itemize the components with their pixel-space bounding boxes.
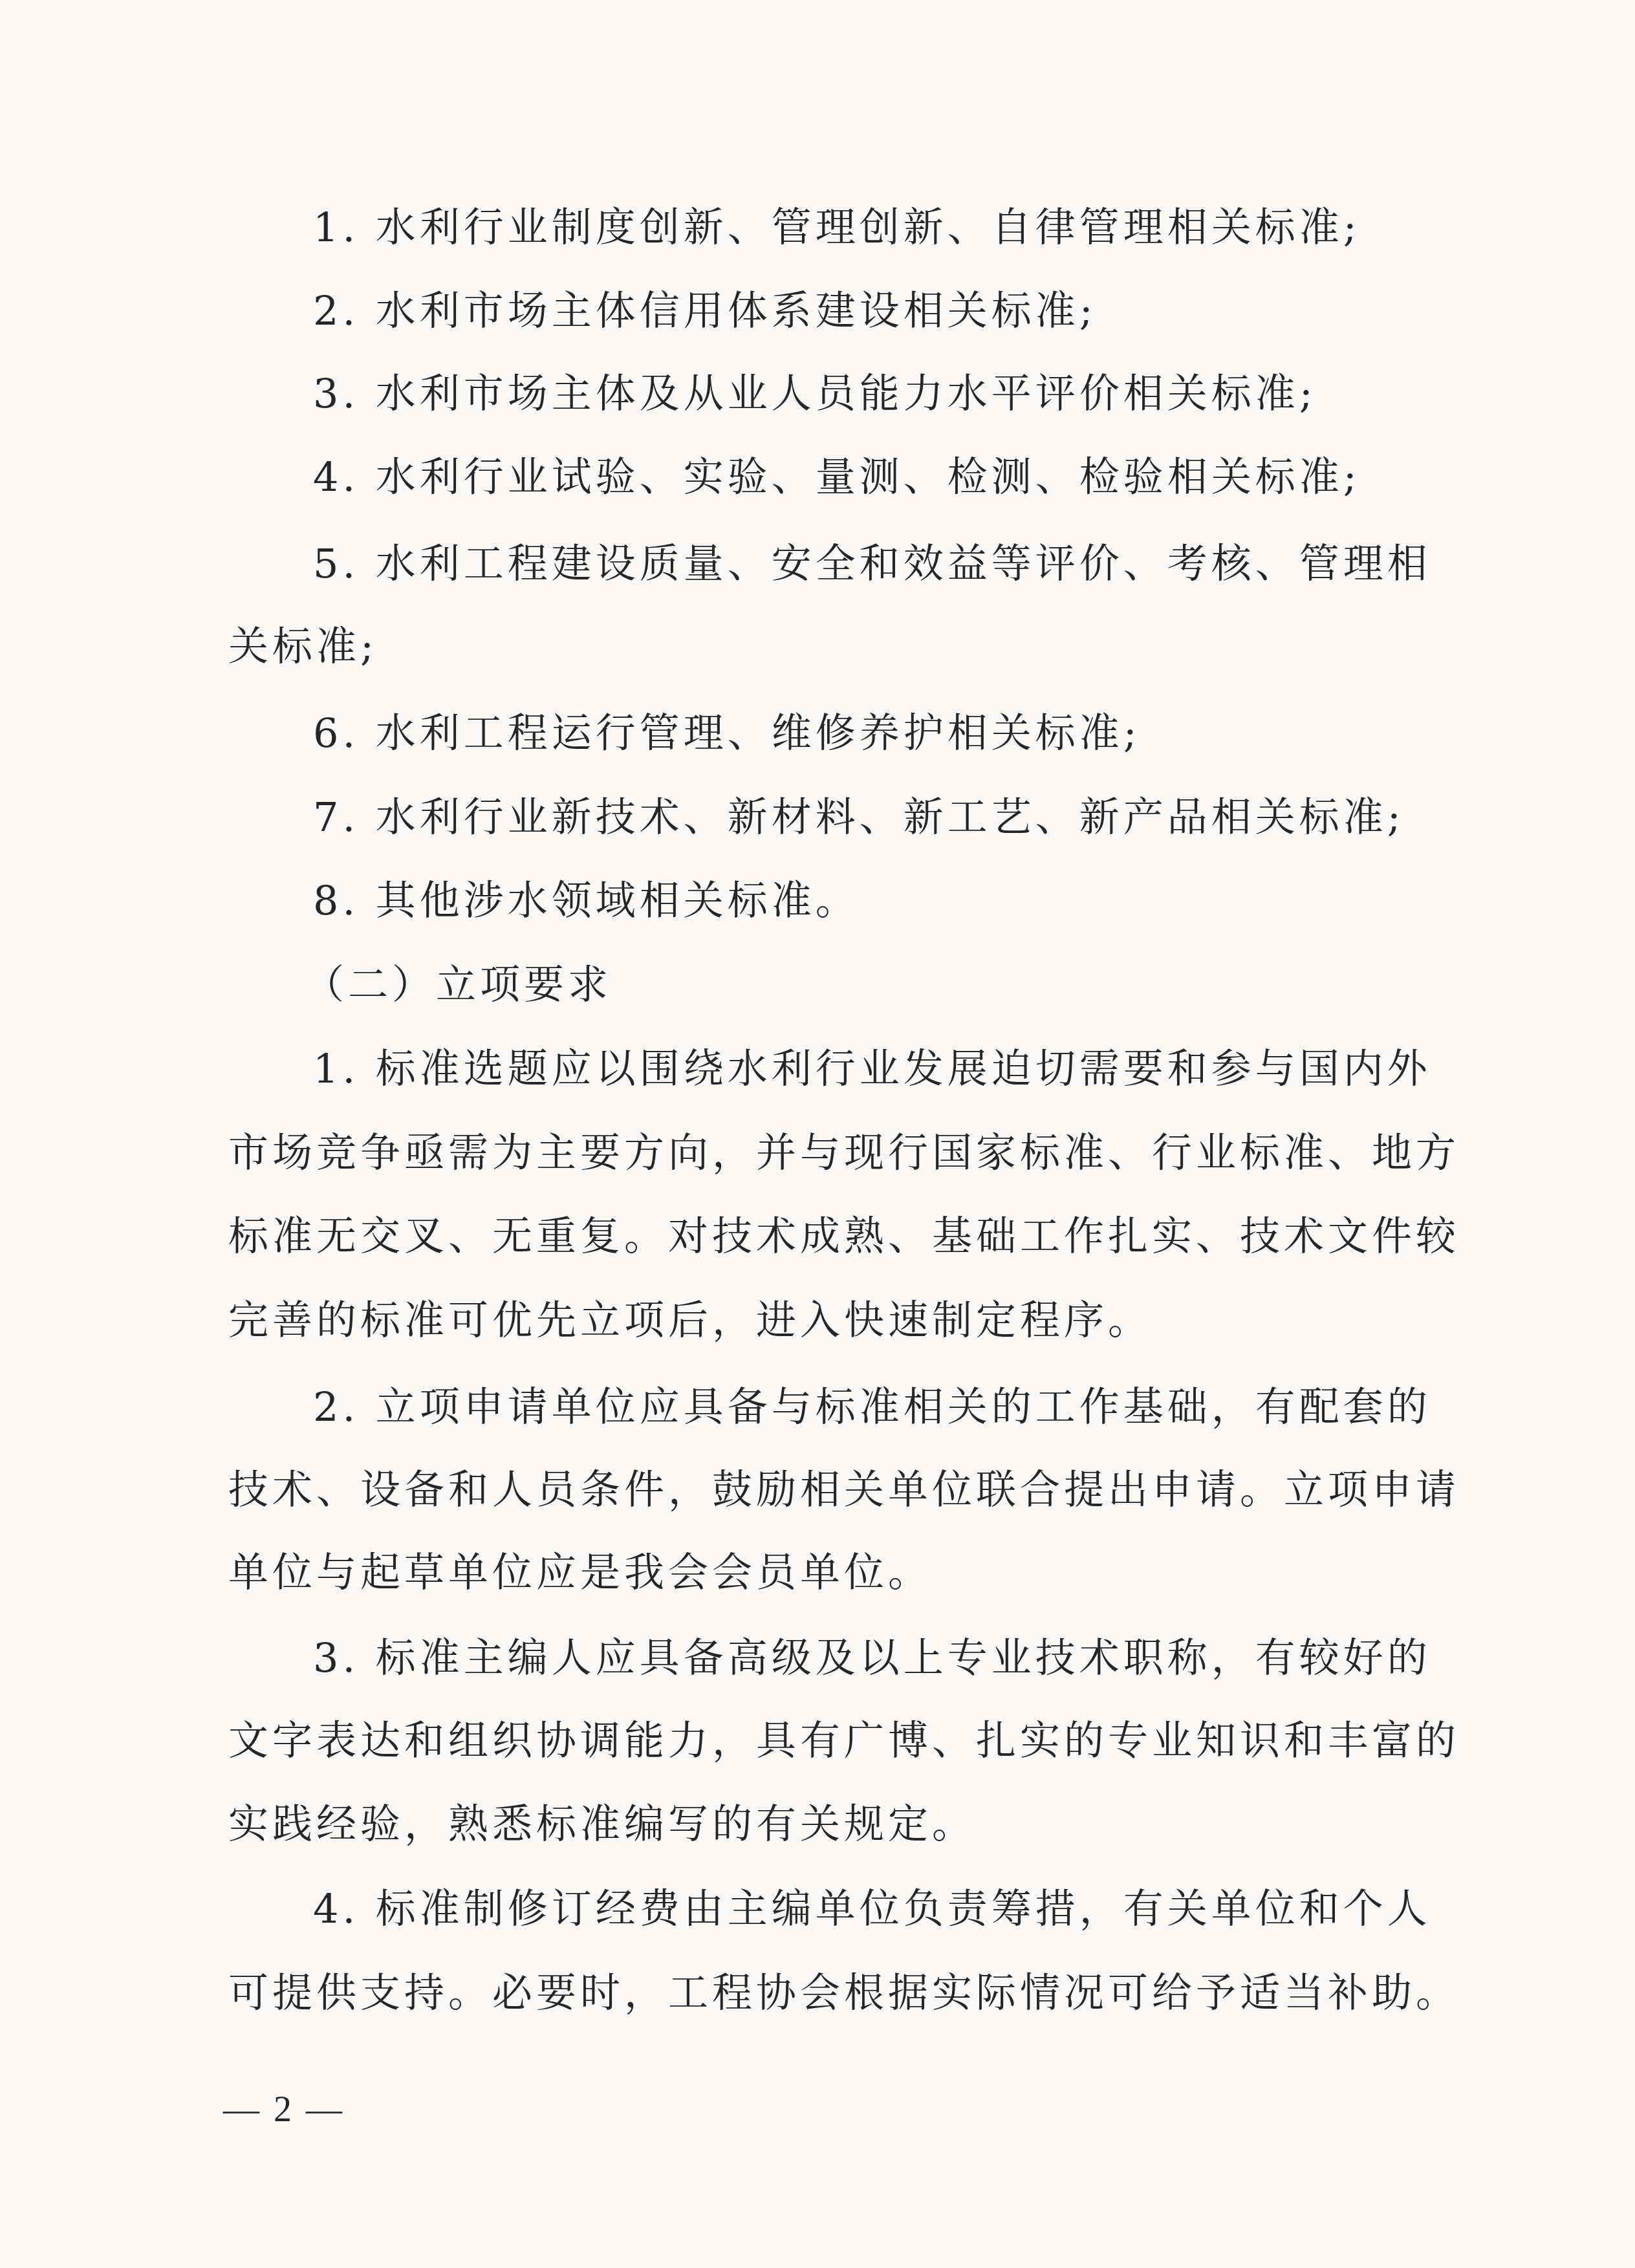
list-item-continuation: 关标准; xyxy=(228,621,1418,673)
page-number: — 2 — xyxy=(223,2084,345,2135)
paragraph-line: 完善的标准可优先立项后，进入快速制定程序。 xyxy=(228,1295,1418,1346)
paragraph-line: 单位与起草单位应是我会会员单位。 xyxy=(228,1547,1418,1599)
list-item: 6. 水利工程运行管理、维修养护相关标准; xyxy=(313,707,1503,759)
paragraph-line: 文字表达和组织协调能力，具有广博、扎实的专业知识和丰富的 xyxy=(228,1715,1418,1767)
paragraph-line: 3. 标准主编人应具备高级及以上专业技术职称，有较好的 xyxy=(313,1632,1418,1684)
paragraph-line: 市场竞争亟需为主要方向，并与现行国家标准、行业标准、地方 xyxy=(228,1127,1418,1179)
list-item: 4. 水利行业试验、实验、量测、检测、检验相关标准; xyxy=(313,451,1503,503)
paragraph-line: 1. 标准选题应以围绕水利行业发展迫切需要和参与国内外 xyxy=(313,1043,1418,1095)
list-item: 5. 水利工程建设质量、安全和效益等评价、考核、管理相 xyxy=(313,538,1418,590)
list-item: 8. 其他涉水领域相关标准。 xyxy=(313,875,1503,927)
list-item: 3. 水利市场主体及从业人员能力水平评价相关标准; xyxy=(313,368,1503,420)
list-item: 2. 水利市场主体信用体系建设相关标准; xyxy=(313,285,1503,337)
paragraph-line: 4. 标准制修订经费由主编单位负责筹措，有关单位和个人 xyxy=(313,1883,1418,1935)
list-item: 1. 水利行业制度创新、管理创新、自律管理相关标准; xyxy=(313,202,1503,254)
paragraph-line: 标准无交叉、无重复。对技术成熟、基础工作扎实、技术文件较 xyxy=(228,1211,1418,1262)
list-item: 7. 水利行业新技术、新材料、新工艺、新产品相关标准; xyxy=(313,792,1503,843)
paragraph-line: 技术、设备和人员条件，鼓励相关单位联合提出申请。立项申请 xyxy=(228,1464,1418,1516)
paragraph-line: 可提供支持。必要时，工程协会根据实际情况可给予适当补助。 xyxy=(228,1967,1418,2019)
paragraph-line: 实践经验，熟悉标准编写的有关规定。 xyxy=(228,1798,1418,1850)
paragraph-line: 2. 立项申请单位应具备与标准相关的工作基础，有配套的 xyxy=(313,1381,1418,1433)
document-page: 1. 水利行业制度创新、管理创新、自律管理相关标准; 2. 水利市场主体信用体系… xyxy=(0,0,1635,2268)
section-heading: （二）立项要求 xyxy=(304,959,1494,1011)
